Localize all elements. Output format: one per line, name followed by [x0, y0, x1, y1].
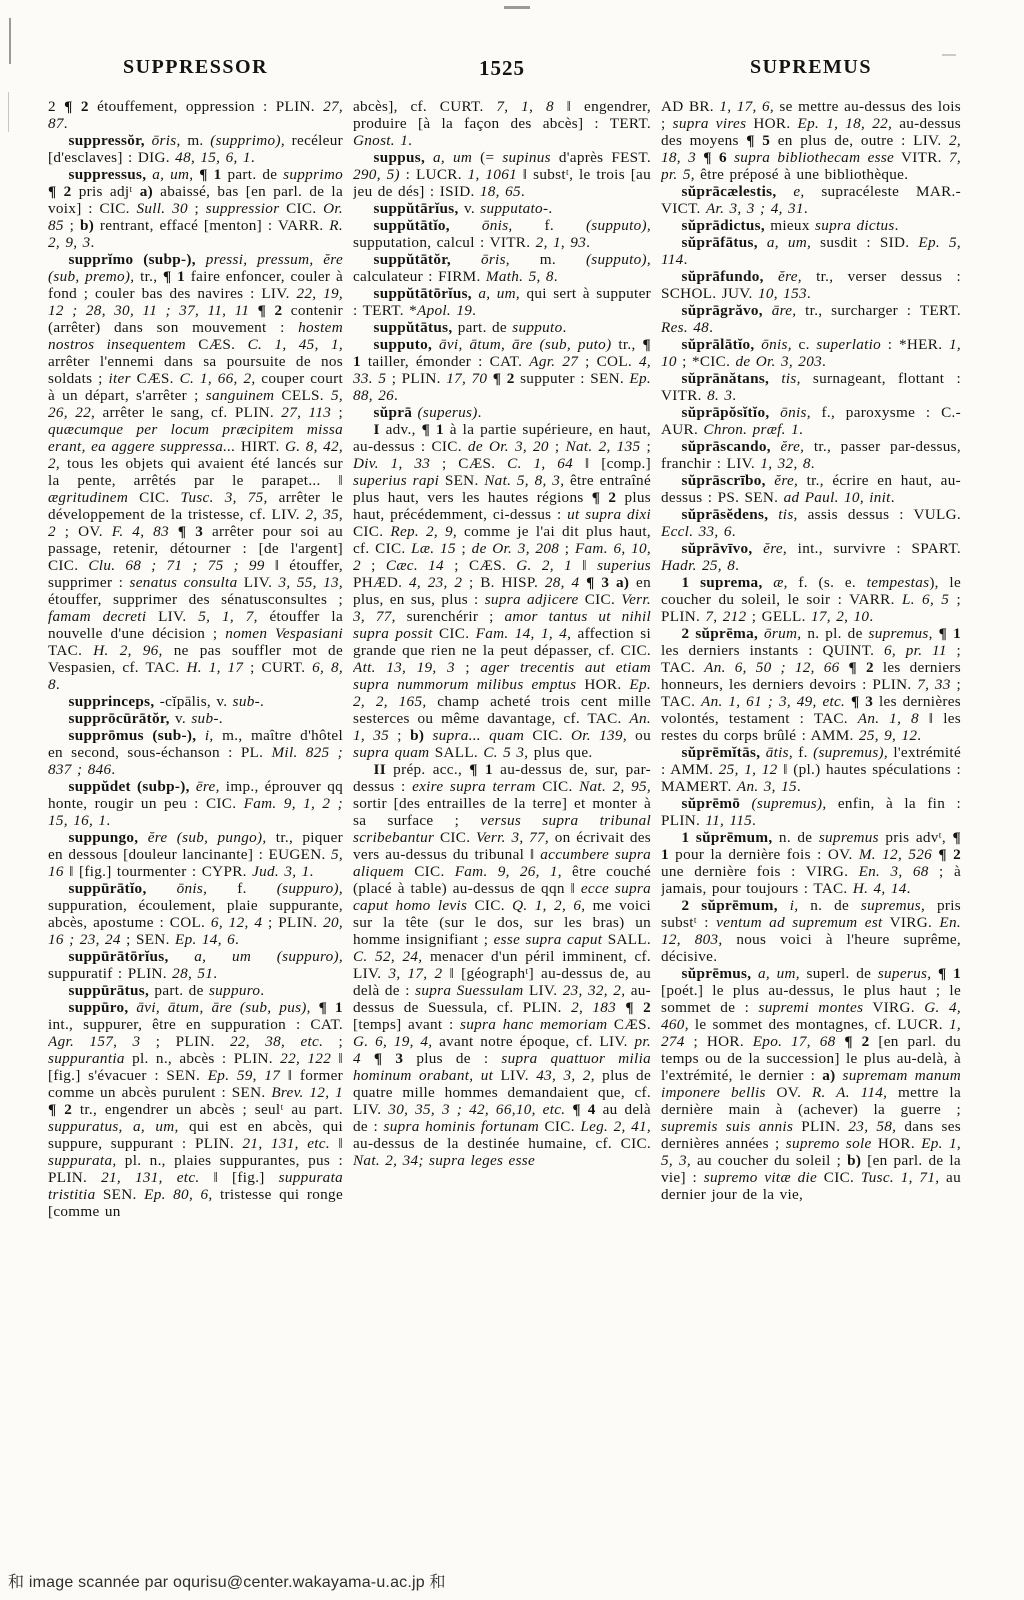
text-run: ōrum, — [764, 625, 801, 642]
text-run: G. 6, 19, 4, — [353, 1033, 432, 1050]
text-run: H. 4, 14 — [853, 880, 907, 897]
text-run: [temps] avant : — [353, 1016, 460, 1033]
text-run: PHÆD. — [353, 574, 409, 591]
text-run: 2 sŭprēmum, — [682, 897, 778, 914]
entry-paragraph: II prép. acc., ¶ 1 au-dessus de, sur, pa… — [353, 761, 651, 1169]
text-run: sŭprālātĭo, — [682, 336, 755, 353]
text-run — [147, 880, 177, 897]
text-run: suppuratus, a, um, — [48, 1118, 179, 1135]
text-run: superius rapi — [353, 472, 439, 489]
text-run: 23, 58, — [848, 1118, 896, 1135]
text-run: m. — [510, 251, 586, 268]
text-run: 1 sŭprēmum, — [682, 829, 773, 846]
text-run: OV. — [766, 1084, 812, 1101]
text-run: superius — [597, 557, 651, 574]
text-run: 17, 2, 10 — [811, 608, 869, 625]
text-run: . — [807, 285, 811, 302]
text-run: supputato- — [480, 200, 548, 217]
text-run: supremi montes — [759, 999, 864, 1016]
text-run: ¶ 1 — [319, 999, 343, 1016]
text-run: Tusc. 1, 71, — [861, 1169, 940, 1186]
entry-paragraph: sŭprā (superus). — [353, 404, 651, 421]
text-run: . — [408, 132, 412, 149]
text-run: étouffer, supprimer des sénatusconsultes… — [48, 591, 343, 608]
text-run: ; HOR. — [685, 1033, 753, 1050]
text-run: suppŭtātĭo, — [374, 217, 450, 234]
text-run: suppuratif : PLIN. — [48, 965, 172, 982]
text-run: HIRT. — [235, 438, 285, 455]
text-run: . — [684, 251, 688, 268]
text-run: (supputo), — [586, 251, 651, 268]
entry-paragraph: sŭprāfundo, ĕre, tr., verser dessus : SC… — [661, 268, 961, 302]
text-run: de Or. 3, 208 — [472, 540, 559, 557]
text-run: 22, 122 — [280, 1050, 331, 1067]
text-run: ¶ 2 — [48, 1101, 72, 1118]
text-run — [425, 149, 433, 166]
text-run: Agr. 157, 3 — [48, 1033, 140, 1050]
text-run: SEN. — [439, 472, 484, 489]
text-run: v. — [459, 200, 481, 217]
text-run: Q. 1, 2, 6, — [512, 897, 585, 914]
text-run: suppurata, — [48, 1152, 116, 1169]
text-run: superlatio — [816, 336, 881, 353]
text-run: f. — [207, 880, 277, 897]
text-run: plus de : — [403, 1050, 501, 1067]
text-run: de Or. 3, 20 — [468, 438, 549, 455]
text-run: ēre, — [196, 778, 220, 795]
text-run: āvi, ātum, āre (sub, puto) — [439, 336, 611, 353]
text-run: āre, — [772, 302, 797, 319]
text-run: . — [895, 217, 899, 234]
text-run: supremo sole — [786, 1135, 872, 1152]
entry-paragraph: sŭprāscrībo, ĕre, tr., écrire en haut, a… — [661, 472, 961, 506]
text-run: b) — [80, 217, 94, 234]
column-3: AD BR. 1, 17, 6, se mettre au-dessus des… — [661, 98, 961, 1550]
text-run — [758, 234, 767, 251]
text-run: ; CÆS. — [430, 455, 507, 472]
text-run: . — [554, 268, 558, 285]
text-run: tous les objets qui avaient été lancés s… — [48, 455, 343, 489]
text-run: supremus — [819, 829, 879, 846]
text-run: CIC. — [404, 863, 455, 880]
text-run: suppuro — [209, 982, 260, 999]
text-run: ōnis, — [177, 880, 208, 897]
text-run: ¶ 2 — [258, 302, 283, 319]
text-run: R. A. 114, — [812, 1084, 887, 1101]
text-run: suppŭtātus, — [374, 319, 453, 336]
text-run: ¶ 2 — [625, 999, 651, 1016]
text-run: 2 — [48, 98, 64, 115]
entry-paragraph: sŭprāvīvo, ĕre, int., survivre : SPART. … — [661, 540, 961, 574]
text-run: f. — [793, 744, 813, 761]
text-run: ; — [361, 557, 386, 574]
text-run: Fam. 9, 26, 1, — [455, 863, 562, 880]
text-run: ¶ 1 — [939, 625, 961, 642]
text-run: 21, 131, etc. — [243, 1135, 330, 1152]
text-run: ‖ — [572, 557, 597, 574]
text-run: ĕre, — [778, 268, 802, 285]
text-run: 43, 3, 2, — [536, 1067, 595, 1084]
text-run — [764, 268, 778, 285]
text-run: 22, 38, etc. — [230, 1033, 323, 1050]
text-run: CELS. — [274, 387, 331, 404]
entry-paragraph: 2 sŭprēma, ōrum, n. pl. de supremus, ¶ 1… — [661, 625, 961, 744]
text-run: 290, 5) — [353, 166, 400, 183]
text-run: sŭprāfātus, — [682, 234, 758, 251]
entry-paragraph: AD BR. 1, 17, 6, se mettre au-dessus des… — [661, 98, 961, 183]
text-run: . — [219, 710, 223, 727]
text-run: sŭprāvīvo, — [682, 540, 753, 557]
text-run: sŭprēmus, — [682, 965, 752, 982]
text-run: (supremus), — [752, 795, 827, 812]
entry-paragraph: sŭprāsĕdens, tis, assis dessus : VULG. E… — [661, 506, 961, 540]
text-run: f. (s. e. — [788, 574, 867, 591]
text-run: ut supra dixi — [567, 506, 651, 523]
text-run: supra dictus — [815, 217, 895, 234]
entry-paragraph: suppūrātōrĭus, a, um (suppuro), suppurat… — [48, 948, 343, 982]
text-run: . — [394, 387, 398, 404]
entry-paragraph: suppŭtārĭus, v. supputato-. — [353, 200, 651, 217]
scan-artifact-line — [9, 18, 11, 64]
text-run — [931, 965, 938, 982]
text-run: supprimo — [283, 166, 343, 183]
text-run — [451, 251, 481, 268]
text-run: ; — [323, 1033, 343, 1050]
text-run: CÆS. — [186, 336, 248, 353]
text-run: Nat. 2, 34; supra leges esse — [353, 1152, 535, 1169]
text-run: ōris, — [481, 251, 510, 268]
text-run: supra vires — [673, 115, 747, 132]
text-run: F. 4, 83 — [112, 523, 169, 540]
text-run: suppūrātus, — [69, 982, 150, 999]
text-run: . — [260, 693, 264, 710]
text-run: ¶ 1 — [163, 268, 185, 285]
text-run: Math. 5, 8 — [486, 268, 554, 285]
text-run: prép. acc., — [386, 761, 469, 778]
text-run: . — [709, 319, 713, 336]
text-run: Tusc. 3, 75, — [181, 489, 268, 506]
text-run: ¶ 2 — [493, 370, 515, 387]
text-run: 10, 153 — [758, 285, 807, 302]
text-run: C. 1, 64 — [507, 455, 573, 472]
text-run: mieux — [765, 217, 815, 234]
text-run: ; GELL. — [746, 608, 811, 625]
text-run: 3, 55, 13, — [279, 574, 343, 591]
text-run — [771, 438, 781, 455]
text-run: 21, 131, etc. — [101, 1169, 199, 1186]
entry-paragraph: sŭprēmĭtās, ātis, f. (supremus), l'extré… — [661, 744, 961, 795]
text-run: n. pl. de — [801, 625, 868, 642]
text-run: nomen Vespasiani — [225, 625, 343, 642]
text-run — [769, 404, 780, 421]
text-run: (superus) — [418, 404, 478, 421]
text-run: esse supra caput — [494, 931, 603, 948]
text-run: abcès], cf. CURT. — [353, 98, 496, 115]
text-run: ¶ 5 — [746, 132, 770, 149]
text-run: . — [478, 404, 482, 421]
text-run: sŭprāscrībo, — [682, 472, 766, 489]
entry-paragraph: suppressŏr, ōris, m. (supprimo), recéleu… — [48, 132, 343, 166]
text-run: VITR. — [894, 149, 949, 166]
text-run: . — [822, 353, 826, 370]
text-run: suppŭtārĭus, — [374, 200, 459, 217]
text-run: 7, 1, 8 — [496, 98, 554, 115]
text-run: ātis, — [766, 744, 793, 761]
text-run: sŭprānătans, — [682, 370, 770, 387]
entry-paragraph: sŭprēmus, a, um, superl. de superus, ¶ 1… — [661, 965, 961, 1203]
text-run: a, um (suppuro), — [194, 948, 343, 965]
text-run: ¶ 3 a) — [586, 574, 629, 591]
text-run: . — [797, 778, 801, 795]
text-run: suppŭtātōrĭus, — [374, 285, 472, 302]
text-run: a, um — [433, 149, 472, 166]
text-run: suppŭdet (subp-), — [69, 778, 190, 795]
text-run: Eccl. 33, 6 — [661, 523, 732, 540]
text-run: suppūrātōrĭus, — [69, 948, 169, 965]
text-run: int., suppurer, être en suppuration : CA… — [48, 1016, 343, 1033]
text-run: 28, 4 — [545, 574, 580, 591]
text-run: Leg. 2, 41, — [580, 1118, 651, 1135]
text-run: 6, pr. 11 — [884, 642, 947, 659]
dictionary-page: SUPPRESSOR 1525 SUPREMUS 2 ¶ 2 étouffeme… — [0, 0, 1024, 1600]
text-run: ; — [455, 659, 481, 676]
text-run: en plus de, outre : LIV. — [770, 132, 949, 149]
text-run — [311, 999, 319, 1016]
text-run — [835, 1067, 842, 1084]
text-run: 25, 1, 12 — [719, 761, 778, 778]
text-run: sub- — [191, 710, 218, 727]
text-run: Epo. 17, 68 — [753, 1033, 836, 1050]
text-run: H. 1, 17 — [186, 659, 243, 676]
scan-footer: 和 image scannée par oqurisu@center.wakay… — [8, 1569, 446, 1592]
entry-paragraph: sŭprānătans, tis, surnageant, flottant :… — [661, 370, 961, 404]
text-run: (supputo), — [586, 217, 651, 234]
text-run: CIC. — [433, 625, 476, 642]
text-run: pris adjᵗ — [72, 183, 140, 200]
text-run: supprōcūrātŏr, — [69, 710, 170, 727]
text-run: ¶ 6 — [703, 149, 727, 166]
entry-paragraph: supprōcūrātŏr, v. sub-. — [48, 710, 343, 727]
text-run: superus, — [878, 965, 931, 982]
text-run — [196, 727, 205, 744]
scan-artifact-line — [8, 92, 9, 132]
text-run: ; PLIN. — [262, 914, 323, 931]
entry-paragraph: suppūrātus, part. de suppuro. — [48, 982, 343, 999]
page-number: 1525 — [479, 56, 525, 80]
text-run: les derniers instants : QUINT. — [661, 642, 884, 659]
text-run: . — [111, 761, 115, 778]
entry-paragraph: supprōmus (sub-), i, m., maître d'hôtel … — [48, 727, 343, 778]
text-run: assis dessus : VULG. — [798, 506, 961, 523]
text-run: ¶ 2 — [938, 846, 961, 863]
text-run: ¶ 2 — [592, 489, 617, 506]
text-run: au-dessus de la destinée humaine, cf. CI… — [353, 1135, 651, 1152]
text-run: supputo, — [374, 336, 433, 353]
text-run: ; OV. — [56, 523, 112, 540]
entry-paragraph: sŭprādictus, mieux supra dictus. — [661, 217, 961, 234]
text-run: ad Paul. 10, init — [784, 489, 891, 506]
text-run: . — [917, 727, 921, 744]
text-run: VIRG. — [863, 999, 924, 1016]
text-run: suppressior — [206, 200, 280, 217]
text-run: ¶ 2 — [48, 183, 72, 200]
text-run: supinus — [502, 149, 551, 166]
entry-paragraph: 2 ¶ 2 étouffement, oppression : PLIN. 27… — [48, 98, 343, 132]
text-run: . — [235, 931, 239, 948]
text-run: sŭprāfundo, — [682, 268, 764, 285]
text-run: n. de — [798, 897, 861, 914]
text-run: n. de — [772, 829, 818, 846]
text-run: CIC. — [128, 489, 180, 506]
text-run: tailler, émonder : CAT. — [361, 353, 529, 370]
text-run: Gnost. 1 — [353, 132, 408, 149]
text-run: ; CURT. — [243, 659, 312, 676]
text-run — [450, 217, 482, 234]
text-run — [751, 965, 758, 982]
text-run: supremus, — [869, 625, 933, 642]
text-run — [361, 1050, 374, 1067]
text-run: senatus consulta — [130, 574, 238, 591]
text-run: 2, 1, 93 — [536, 234, 586, 251]
text-run: ¶ 3 — [178, 523, 203, 540]
text-run: tr., — [134, 268, 163, 285]
text-run: ōnis, — [482, 217, 513, 234]
text-run: ĕre, — [780, 438, 804, 455]
text-run: M. 12, 526 — [859, 846, 932, 863]
text-run: 17, 70 — [446, 370, 487, 387]
text-run: ōris, — [152, 132, 181, 149]
text-run: sŭprāsĕdens, — [682, 506, 769, 523]
entry-paragraph: suppūro, āvi, ātum, āre (sub, pus), ¶ 1 … — [48, 999, 343, 1220]
entry-paragraph: suppŭtātŏr, ōris, m. (supputo), calculat… — [353, 251, 651, 285]
text-run: ‖ [fig.] tourmenter : CYPR. — [64, 863, 252, 880]
text-run: ¶ 2 — [848, 659, 873, 676]
text-run: supra adjicere — [485, 591, 579, 608]
text-run: de Or. 3, 203 — [736, 353, 823, 370]
text-run: supra hanc memoriam — [460, 1016, 607, 1033]
text-run: En. 3, 68 — [859, 863, 929, 880]
text-run: ‖ [comp.] — [573, 455, 651, 472]
text-run: supra hominis fortunam — [383, 1118, 538, 1135]
text-run: 1 suprema, — [682, 574, 763, 591]
text-run: . — [752, 812, 756, 829]
text-run — [145, 132, 152, 149]
text-run: susdit : SID. — [811, 234, 918, 251]
text-run: . — [735, 557, 739, 574]
text-run: Or. 139, — [571, 727, 627, 744]
text-run: suppūrātĭo, — [69, 880, 147, 897]
text-run: suppŭtātŏr, — [374, 251, 452, 268]
text-run: Fam. 14, 1, 4, — [476, 625, 572, 642]
text-run: d'après FEST. — [551, 149, 651, 166]
text-run: L. 6, 5 — [902, 591, 949, 608]
text-run: CIC. — [539, 1118, 580, 1135]
text-run: supra quam — [353, 744, 429, 761]
text-run: Jud. 3, 1 — [252, 863, 309, 880]
text-run: SALL. — [602, 931, 651, 948]
text-run: 5, 1, 7, — [198, 608, 258, 625]
text-run: plus que. — [528, 744, 592, 761]
entry-paragraph: suppressus, a, um, ¶ 1 part. de supprimo… — [48, 166, 343, 251]
text-run: suppressus, — [69, 166, 147, 183]
text-run: LIV. — [524, 982, 563, 999]
text-run: LIV. — [146, 608, 198, 625]
text-run: 2 sŭprēma, — [682, 625, 759, 642]
text-run — [776, 183, 793, 200]
text-run: supprōmus (sub-), — [69, 727, 197, 744]
text-run: ¶ 2 — [844, 1033, 869, 1050]
text-run: . — [521, 183, 525, 200]
text-run: supprinceps, — [69, 693, 155, 710]
text-run: Agr. 27 — [529, 353, 578, 370]
text-run: supremus, — [861, 897, 925, 914]
text-run: une dernière fois : VIRG. — [661, 863, 859, 880]
text-run: sŭprēmō — [682, 795, 741, 812]
entry-paragraph: suppŭtātus, part. de supputo. — [353, 319, 651, 336]
text-run: ‖ — [330, 1135, 343, 1152]
text-run: II — [374, 761, 386, 778]
text-run: 30, 35, 3 ; 42, 66,10, etc. — [388, 1101, 565, 1118]
text-run — [763, 302, 772, 319]
text-run: VIRG. — [883, 914, 940, 931]
text-run: An. 6, 50 ; 12, 66 — [704, 659, 839, 676]
text-run: Ep. 80, 6, — [144, 1186, 212, 1203]
text-run: b) — [847, 1152, 861, 1169]
entry-paragraph: 1 suprema, æ, f. (s. e. tempestas), le c… — [661, 574, 961, 625]
text-run — [169, 523, 178, 540]
text-run: . — [213, 965, 217, 982]
text-run: ōnis, — [780, 404, 811, 421]
text-run: i, — [205, 727, 214, 744]
text-run: ¶ 1 — [938, 965, 961, 982]
text-run: tr., engendrer un abcès ; seulᵗ au part. — [72, 1101, 343, 1118]
text-run: 2, 183 — [571, 999, 616, 1016]
column-1: 2 ¶ 2 étouffement, oppression : PLIN. 27… — [48, 98, 343, 1550]
text-run: famam decreti — [48, 608, 146, 625]
text-run: Att. 13, 19, 3 — [353, 659, 455, 676]
text-run: ; — [389, 727, 410, 744]
text-run: 1, 32, 8 — [760, 455, 810, 472]
text-run: ; — [64, 217, 80, 234]
entry-paragraph: sŭprēmō (supremus), enfin, à la fin : PL… — [661, 795, 961, 829]
text-run: (supprimo), — [210, 132, 285, 149]
text-run: C. 1, 66, 2, — [180, 370, 256, 387]
text-run: sŭprēmĭtās, — [682, 744, 761, 761]
text-run: ; CÆS. — [444, 557, 516, 574]
text-run: ¶ 1 — [199, 166, 221, 183]
text-run — [769, 370, 781, 387]
text-run: LIV. — [493, 1067, 536, 1084]
text-run — [768, 506, 778, 523]
text-run — [740, 795, 751, 812]
text-run: ¶ 1 — [422, 421, 444, 438]
text-run: int., survivre : SPART. — [787, 540, 961, 557]
text-run: 3, 17, 2 — [388, 965, 442, 982]
text-run: ĕre, — [774, 472, 798, 489]
running-head-left: SUPPRESSOR — [123, 56, 268, 78]
text-run: suppurantia — [48, 1050, 125, 1067]
text-run: pris advᵗ, — [879, 829, 953, 846]
text-run: . — [251, 149, 255, 166]
text-run: v. — [170, 710, 192, 727]
text-run: tr., surcharger : TERT. — [796, 302, 961, 319]
text-run: sanguinem — [206, 387, 275, 404]
text-columns: 2 ¶ 2 étouffement, oppression : PLIN. 27… — [48, 98, 961, 1550]
text-run: sŭprāgrăvo, — [682, 302, 763, 319]
text-run: 4, 23, 2 — [409, 574, 462, 591]
text-run: suppūro, — [69, 999, 129, 1016]
text-run: pour la dernière fois : OV. — [669, 846, 859, 863]
